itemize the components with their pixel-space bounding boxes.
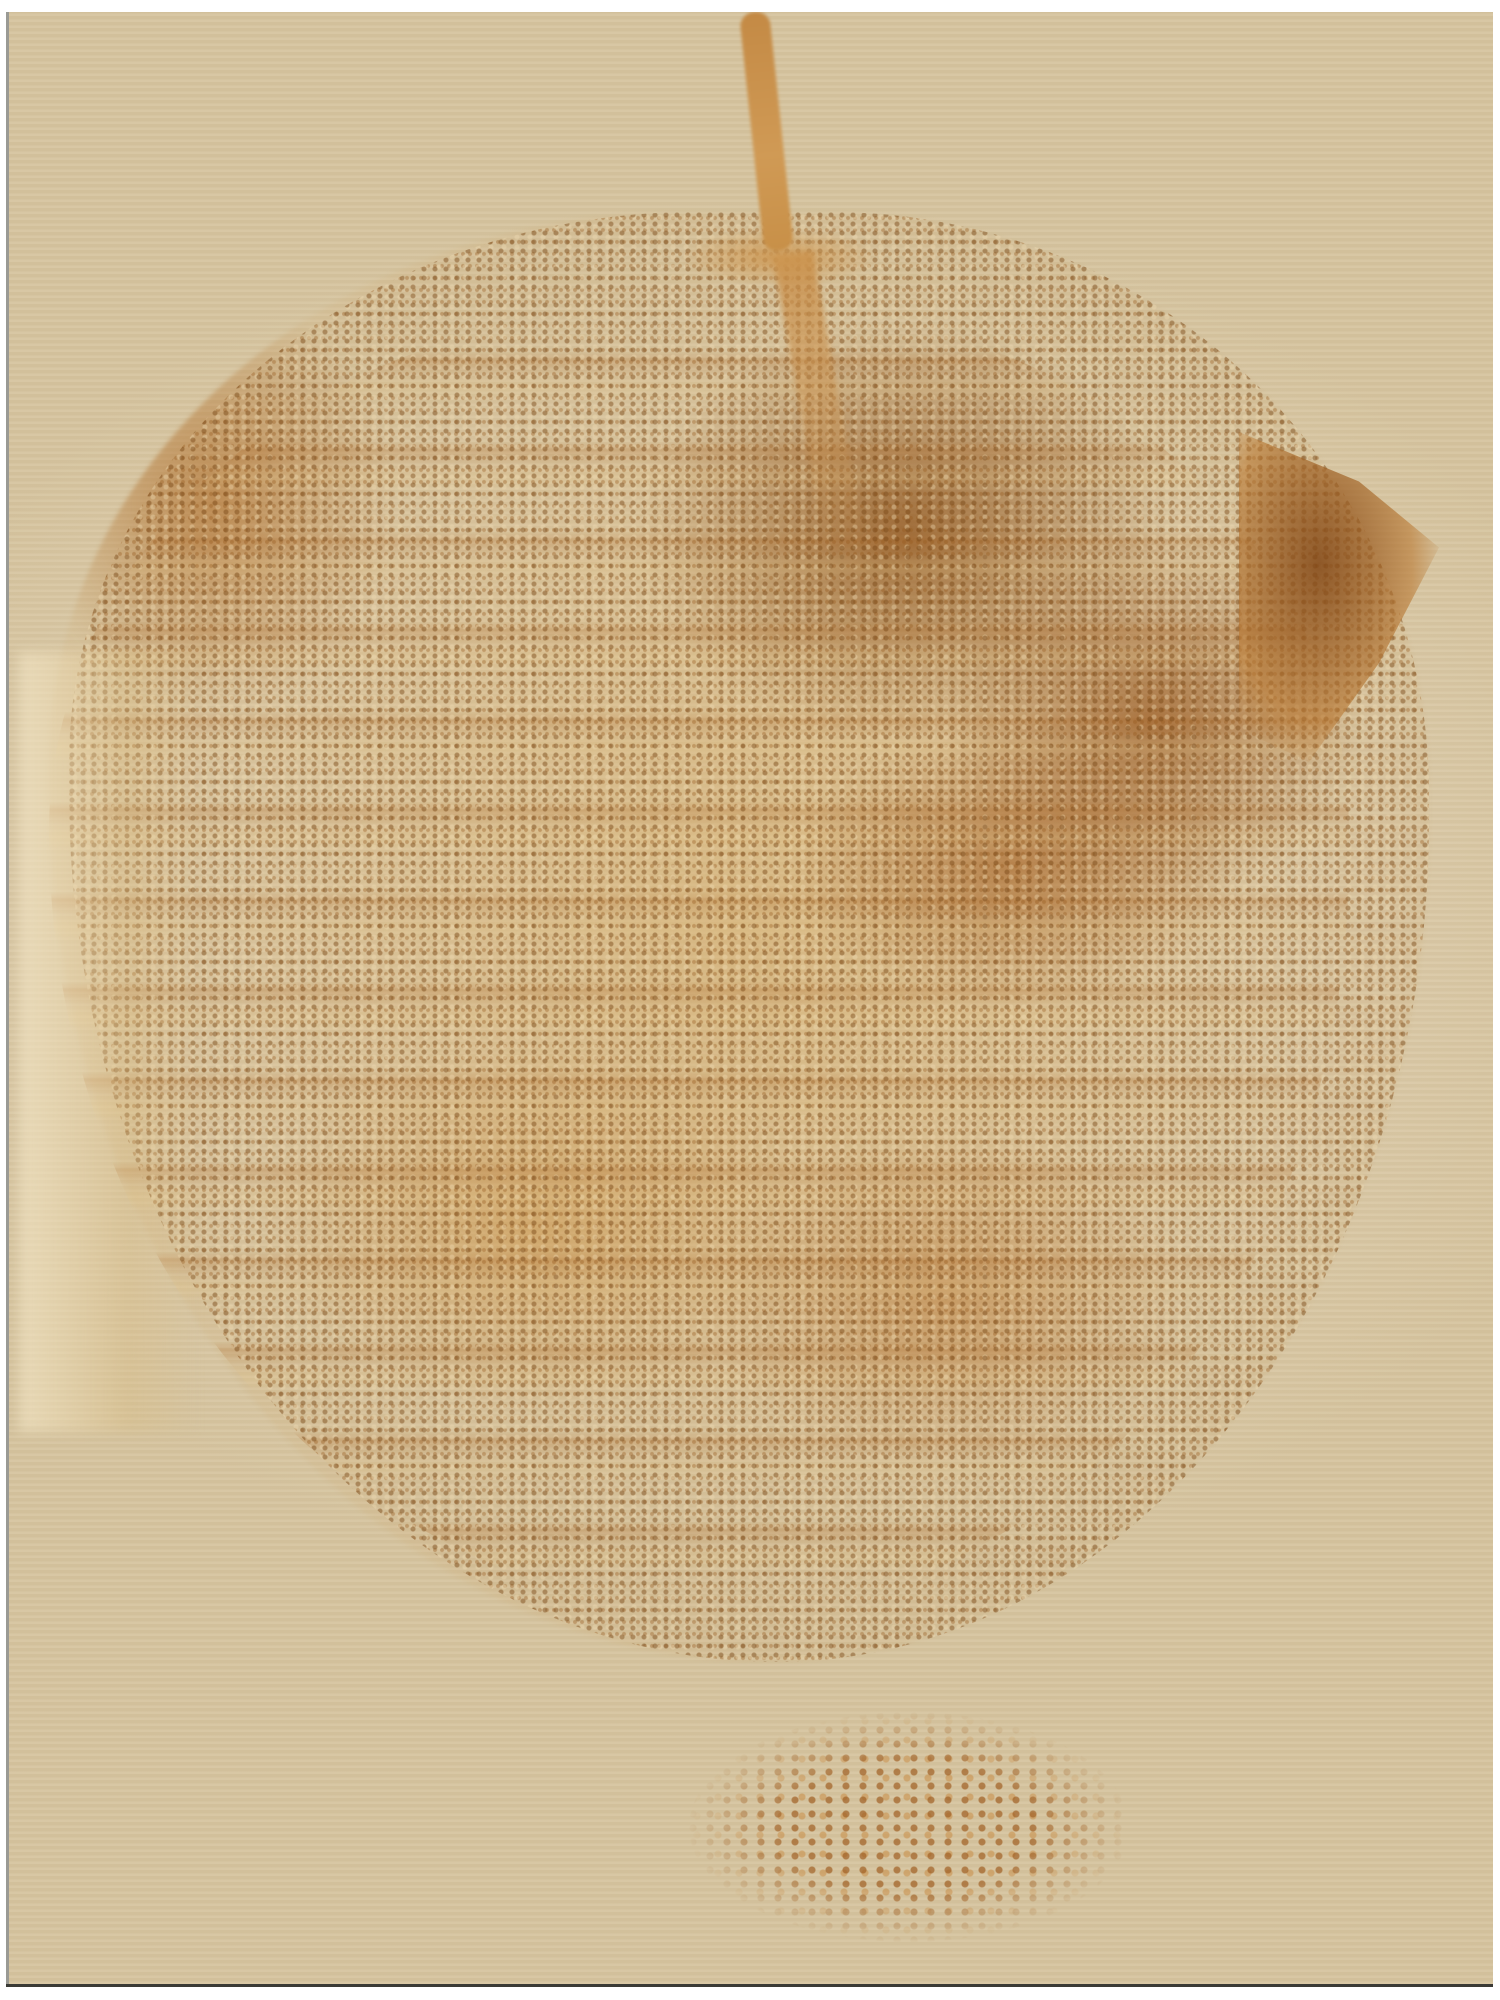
speckle-tail (689, 1712, 1129, 1942)
speckle-texture (69, 212, 1429, 1662)
right-lobe (1239, 432, 1439, 762)
leaf-stem (739, 12, 794, 252)
left-highlight (19, 652, 199, 1432)
photo-canvas: Beige rug with a large rust, gold and br… (0, 0, 1500, 2000)
leaf-vein (773, 251, 864, 553)
leaf-motif (49, 212, 1429, 1662)
stem-base (679, 227, 879, 287)
horizontal-streaks (49, 312, 1349, 1612)
rug (6, 12, 1493, 1984)
